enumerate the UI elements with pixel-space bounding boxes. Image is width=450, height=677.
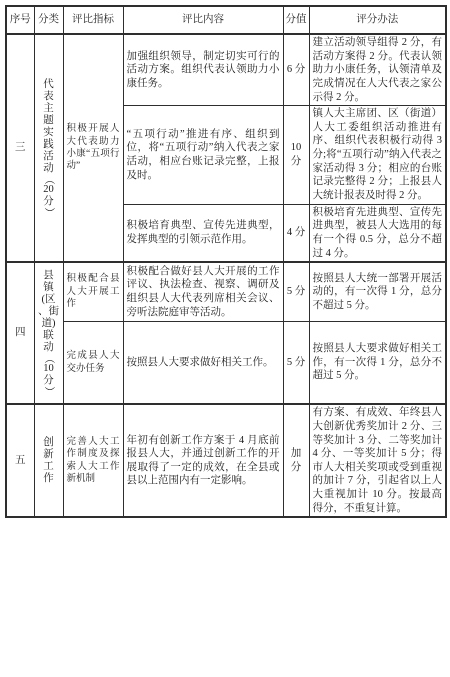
category-vertical-text: 代表主题实践活动（20分） <box>38 79 60 217</box>
score-cell: 4 分 <box>283 204 309 262</box>
indicator-cell: 积极配合县人大开展工作 <box>63 262 123 321</box>
header-indicator: 评比指标 <box>63 6 123 34</box>
category-label-3: 代表主题实践活动（20分） <box>34 34 63 262</box>
category-label-5: 创新工作 <box>34 404 63 517</box>
table-header-row: 序号 分类 评比指标 评比内容 分值 评分办法 <box>6 6 446 34</box>
table-row: 三 代表主题实践活动（20分） 积极开展人大代表助力小康“五项行动” 加强组织领… <box>6 34 446 106</box>
score-cell: 6 分 <box>283 34 309 106</box>
method-cell: 建立活动领导组得 2 分，有活动方案得 2 分。代表认领助力小康任务，认领清单及… <box>309 34 446 106</box>
method-cell: 镇人大主席团、区（街道）人大工委组织活动推进有序、组织代表积极行动得 3 分;将… <box>309 106 446 204</box>
header-seq: 序号 <box>6 6 34 34</box>
score-cell: 5 分 <box>283 321 309 404</box>
section-seq-5: 五 <box>6 404 34 517</box>
category-vertical-text: 创新工作 <box>38 437 60 485</box>
method-cell: 积极培育先进典型、宣传先进典型，被县人大选用的每有一个得 0.5 分，总分不超过… <box>309 204 446 262</box>
indicator-cell: 积极开展人大代表助力小康“五项行动” <box>63 34 123 262</box>
table-row: 完成县人大交办任务 按照县人大要求做好相关工作。 5 分 按照县人大要求做好相关… <box>6 321 446 404</box>
category-vertical-text: 县镇(区、街道)联动（10分） <box>38 270 60 396</box>
category-label-4: 县镇(区、街道)联动（10分） <box>34 262 63 404</box>
section-seq-3: 三 <box>6 34 34 262</box>
content-cell: “五项行动”推进有序、组织到位，将“五项行动”纳入代表之家活动，相应台账记录完整… <box>123 106 283 204</box>
indicator-cell: 完成县人大交办任务 <box>63 321 123 404</box>
document-page: 序号 分类 评比指标 评比内容 分值 评分办法 三 代表主题实践活动（20分） … <box>0 0 450 677</box>
content-cell: 加强组织领导，制定切实可行的活动方案。组织代表认领助力小康任务。 <box>123 34 283 106</box>
section-seq-4: 四 <box>6 262 34 404</box>
score-cell: 加分 <box>283 404 309 517</box>
score-cell: 10 分 <box>283 106 309 204</box>
indicator-cell: 完善人大工作制度及探索人大工作新机制 <box>63 404 123 517</box>
header-content: 评比内容 <box>123 6 283 34</box>
evaluation-table: 序号 分类 评比指标 评比内容 分值 评分办法 三 代表主题实践活动（20分） … <box>5 5 447 518</box>
content-cell: 积极配合做好县人大开展的工作评议、执法检查、视察、调研及组织县人大代表列席相关会… <box>123 262 283 321</box>
method-cell: 按照县人大要求做好相关工作，有一次得 1 分，总分不超过 5 分。 <box>309 321 446 404</box>
method-cell: 按照县人大统一部署开展活动的，有一次得 1 分，总分不超过 5 分。 <box>309 262 446 321</box>
content-cell: 按照县人大要求做好相关工作。 <box>123 321 283 404</box>
table-row: 四 县镇(区、街道)联动（10分） 积极配合县人大开展工作 积极配合做好县人大开… <box>6 262 446 321</box>
content-cell: 积极培育典型、宣传先进典型，发挥典型的引领示范作用。 <box>123 204 283 262</box>
score-cell: 5 分 <box>283 262 309 321</box>
header-method: 评分办法 <box>309 6 446 34</box>
method-cell: 有方案、有成效、年终县人大创新优秀奖加计 2 分、三等奖加计 3 分、二等奖加计… <box>309 404 446 517</box>
table-row: 五 创新工作 完善人大工作制度及探索人大工作新机制 年初有创新工作方案于 4 月… <box>6 404 446 517</box>
header-score: 分值 <box>283 6 309 34</box>
header-category: 分类 <box>34 6 63 34</box>
content-cell: 年初有创新工作方案于 4 月底前报县人大，并通过创新工作的开展取得了一定的成效，… <box>123 404 283 517</box>
